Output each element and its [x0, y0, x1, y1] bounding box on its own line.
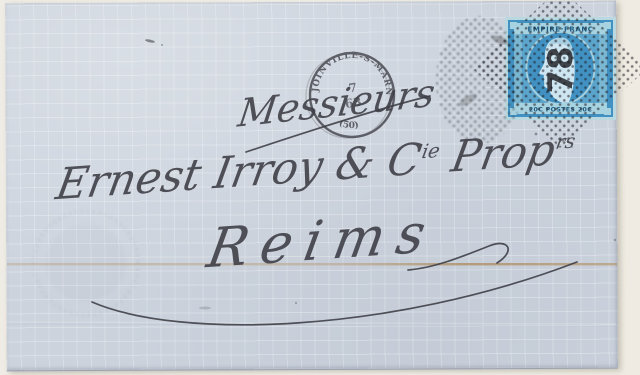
cancellation-numerals: 78: [541, 46, 581, 93]
handwritten-city: Reims: [203, 206, 441, 277]
addressee-title: Prop: [434, 125, 559, 184]
scanned-letter-cover: JOINVILLE-S-MARNE (50) 7 63: [0, 0, 640, 375]
city-underline-sweep: [92, 262, 577, 325]
